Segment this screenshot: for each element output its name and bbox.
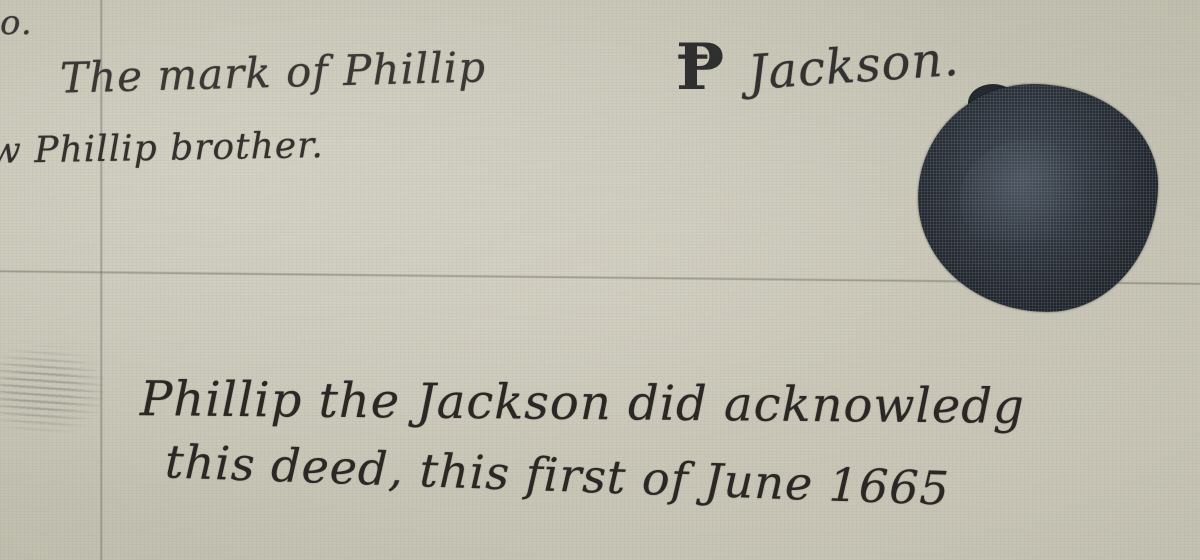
top-fragment-text: o. (0, 3, 33, 43)
signature-mark-icon: Ᵽ (676, 30, 724, 105)
ink-smudge (0, 345, 105, 435)
acknowledgement-line-1: Phillip the Jackson did acknowledg (140, 371, 1025, 435)
acknowledgement-line-2: this deed, this first of June 1665 (164, 434, 950, 515)
signature-line-2: w Phillip brother. (0, 125, 324, 172)
document-photo: o. The mark of Phillip Ᵽ Jackson. w Phil… (0, 0, 1200, 560)
wax-seal-impression (960, 140, 1100, 260)
signature-line-1: The mark of Phillip (59, 42, 486, 102)
signature-surname: Jackson. (746, 31, 961, 102)
